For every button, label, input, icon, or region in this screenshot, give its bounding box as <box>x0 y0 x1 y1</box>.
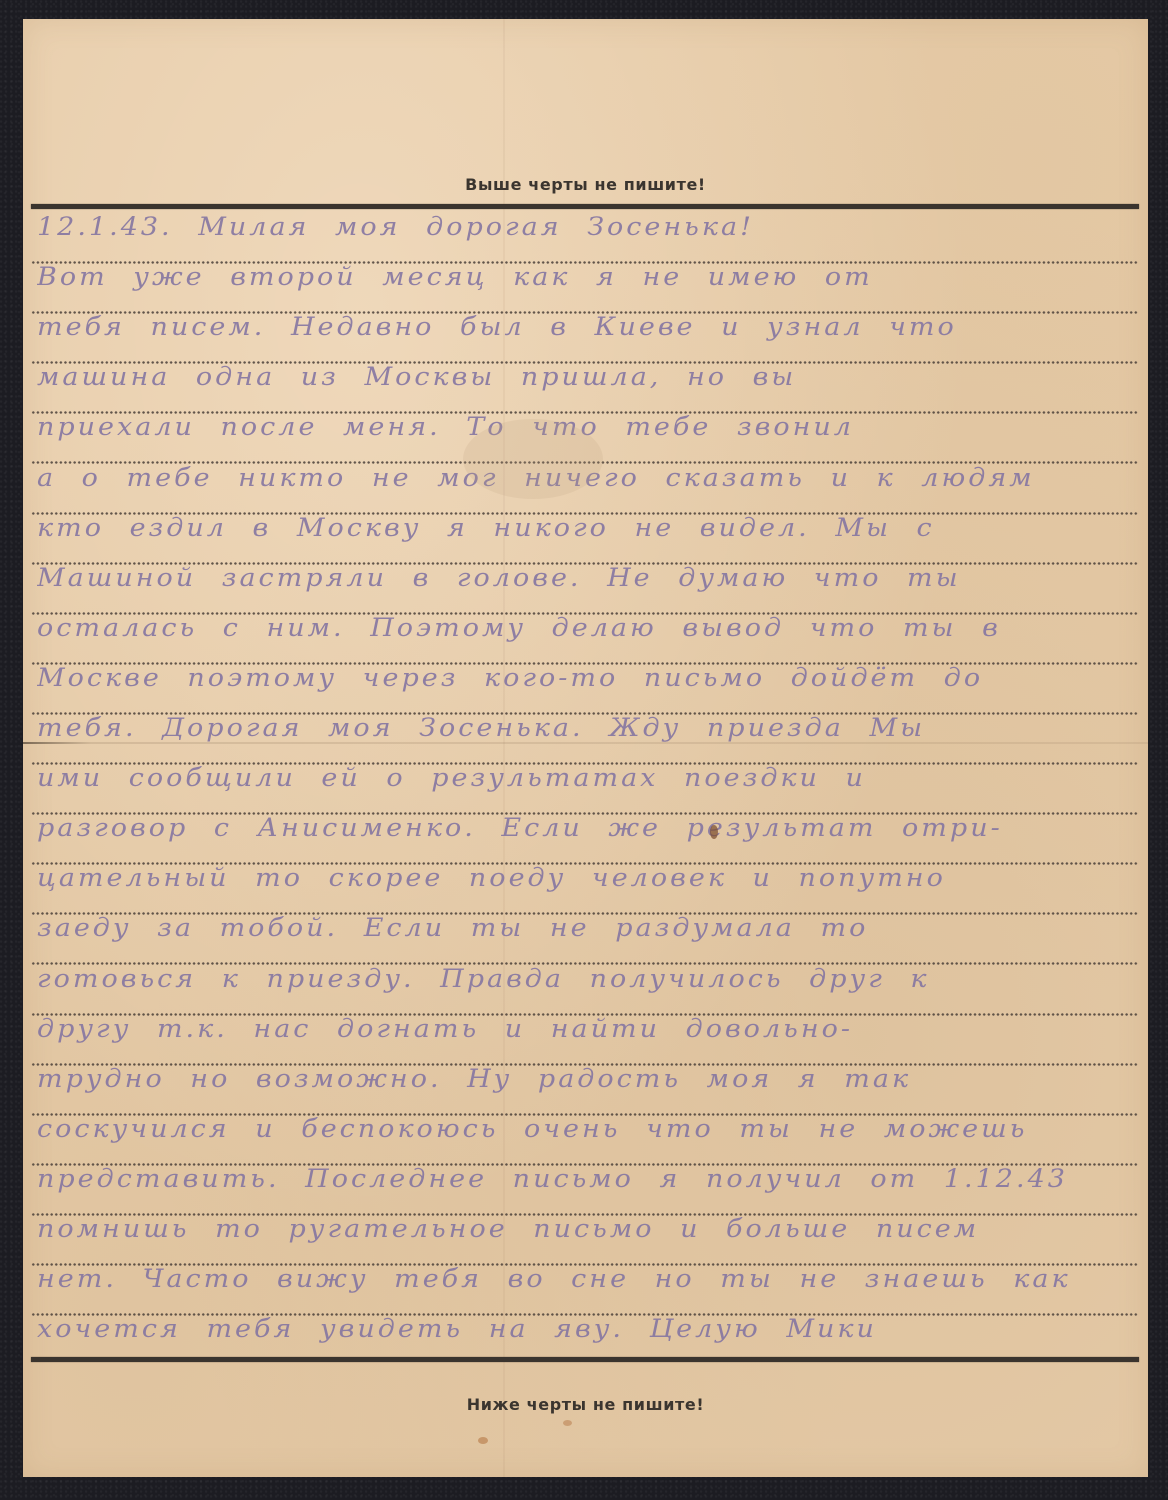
handwritten-line: разговор с Анисименко. Если же результат… <box>37 813 1137 857</box>
top-boundary-rule <box>31 204 1139 209</box>
footer-instruction: Ниже черты не пишите! <box>23 1395 1148 1414</box>
handwritten-line: ими сообщили ей о результатах поездки и <box>37 763 1137 807</box>
handwritten-line: Машиной застряли в голове. Не думаю что … <box>37 563 1137 607</box>
stain-patch <box>463 419 603 499</box>
handwritten-line: соскучился и беспокоюсь очень что ты не … <box>37 1114 1137 1158</box>
handwritten-line: Вот уже второй месяц как я не имею от <box>37 262 1137 306</box>
handwritten-line: заеду за тобой. Если ты не раздумала то <box>37 914 1137 958</box>
stain-spot <box>478 1437 488 1444</box>
handwritten-line: помнишь то ругательное письмо и больше п… <box>37 1214 1137 1258</box>
letter-sheet: Выше черты не пишите! 12.1.43. Милая моя… <box>23 19 1148 1477</box>
handwritten-line: другу т.к. нас догнать и найти довольно- <box>37 1014 1137 1058</box>
handwritten-line: трудно но возможно. Ну радость моя я так <box>37 1064 1137 1108</box>
handwritten-line: хочется тебя увидеть на яву. Целую Мики <box>37 1314 1137 1358</box>
handwritten-line: Москве поэтому через кого-то письмо дойд… <box>37 663 1137 707</box>
bottom-boundary-rule <box>31 1357 1139 1362</box>
handwritten-line: осталась с ним. Поэтому делаю вывод что … <box>37 613 1137 657</box>
ink-blot <box>710 825 718 839</box>
handwritten-line: цательный то скорее поеду человек и попу… <box>37 863 1137 907</box>
stain-spot <box>563 1420 572 1426</box>
handwritten-line: представить. Последнее письмо я получил … <box>37 1164 1137 1208</box>
handwritten-line: готовься к приезду. Правда получилось др… <box>37 964 1137 1008</box>
handwritten-line: тебя. Дорогая моя Зосенька. Жду приезда … <box>37 713 1137 757</box>
handwritten-line: кто ездил в Москву я никого не видел. Мы… <box>37 513 1137 557</box>
handwritten-line: 12.1.43. Милая моя дорогая Зосенька! <box>37 212 1137 256</box>
handwritten-line: машина одна из Москвы пришла, но вы <box>37 362 1137 406</box>
handwritten-line: нет. Часто вижу тебя во сне но ты не зна… <box>37 1264 1137 1308</box>
handwritten-line: тебя писем. Недавно был в Киеве и узнал … <box>37 312 1137 356</box>
header-instruction: Выше черты не пишите! <box>23 175 1148 194</box>
